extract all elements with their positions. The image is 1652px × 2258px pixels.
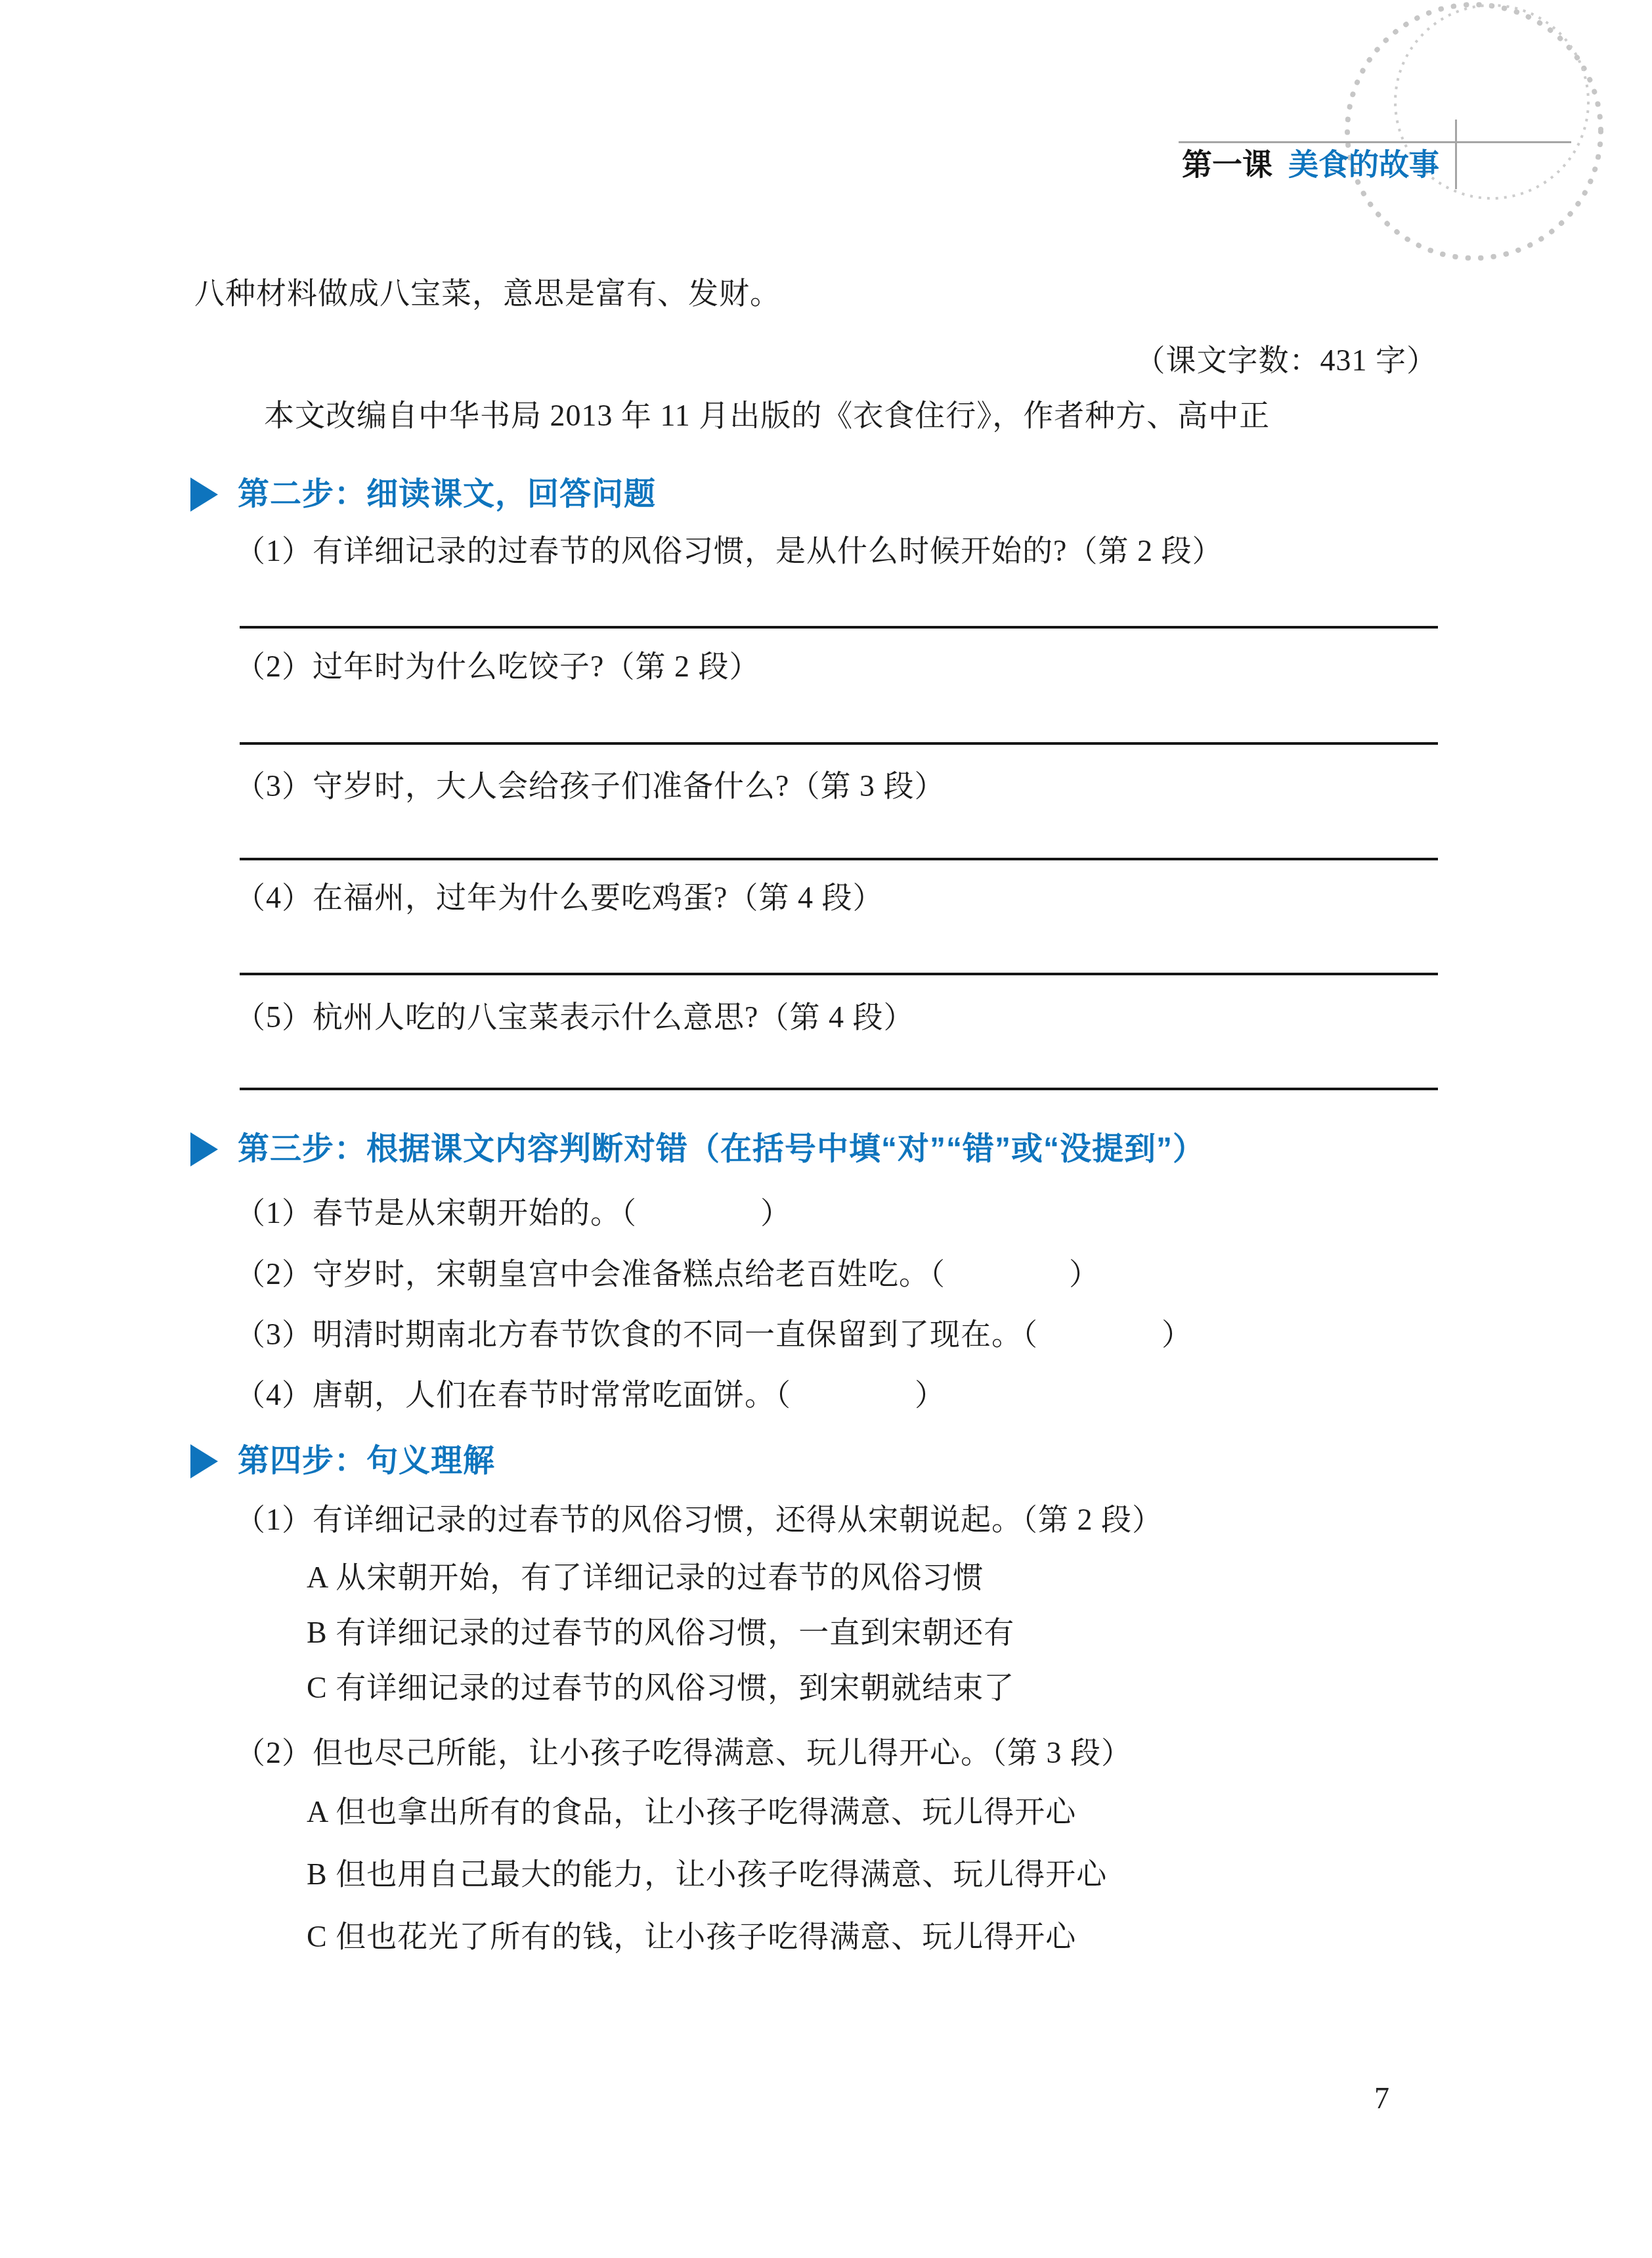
section-step4-header: 第四步：句义理解 [190, 1444, 495, 1478]
section-title: 第二步：细读课文，回答问题 [238, 479, 656, 510]
question-item: （5）杭州人吃的八宝菜表示什么意思?（第 4 段） [235, 1000, 914, 1035]
judge-item: （3）明清时期南北方春节饮食的不同一直保留到了现在。（ ） [235, 1317, 1192, 1352]
section-marker-triangle-icon [190, 1132, 218, 1166]
option-item: B 但也用自己最大的能力，让小孩子吃得满意、玩儿得开心 [307, 1857, 1107, 1892]
section-title: 第四步：句义理解 [238, 1446, 495, 1477]
answer-line [240, 626, 1438, 629]
option-item: B 有详细记录的过春节的风俗习惯，一直到宋朝还有 [307, 1615, 1014, 1650]
question-item: （4）在福州，过年为什么要吃鸡蛋?（第 4 段） [235, 880, 883, 916]
judge-item: （1）春节是从宋朝开始的。（ ） [235, 1195, 791, 1231]
section-marker-triangle-icon [190, 477, 218, 512]
textbook-page: 第一课 美食的故事 八种材料做成八宝菜，意思是富有、发财。 （课文字数：431 … [0, 0, 1652, 2258]
section-step3-header: 第三步：根据课文内容判断对错（在括号中填“对”“错”或“没提到”） [190, 1132, 1205, 1166]
lesson-title-label: 美食的故事 [1288, 149, 1439, 179]
question-item: （2）过年时为什么吃饺子?（第 2 段） [235, 649, 760, 684]
section-step2-header: 第二步：细读课文，回答问题 [190, 477, 656, 512]
page-number: 7 [1374, 2083, 1389, 2114]
running-head: 第一课 美食的故事 [1182, 149, 1439, 179]
comprehension-stem: （2）但也尽己所能，让小孩子吃得满意、玩儿得开心。（第 3 段） [235, 1735, 1132, 1771]
comprehension-stem: （1）有详细记录的过春节的风俗习惯，还得从宋朝说起。（第 2 段） [235, 1502, 1163, 1538]
question-item: （3）守岁时，大人会给孩子们准备什么?（第 3 段） [235, 768, 945, 804]
lesson-number-label: 第一课 [1182, 149, 1272, 179]
answer-line [240, 742, 1438, 745]
text-closing-line: 八种材料做成八宝菜，意思是富有、发财。 [194, 276, 781, 311]
judge-item: （4）唐朝，人们在春节时常常吃面饼。（ ） [235, 1377, 946, 1413]
option-item: C 有详细记录的过春节的风俗习惯，到宋朝就结束了 [307, 1670, 1014, 1706]
section-marker-triangle-icon [190, 1444, 218, 1478]
option-item: A 从宋朝开始，有了详细记录的过春节的风俗习惯 [307, 1560, 984, 1595]
source-note: 本文改编自中华书局 2013 年 11 月出版的《衣食住行》，作者种方、高中正 [264, 398, 1270, 433]
option-item: C 但也花光了所有的钱，让小孩子吃得满意、玩儿得开心 [307, 1919, 1076, 1955]
header-horizontal-rule [1179, 141, 1571, 143]
header-vertical-rule [1455, 120, 1457, 189]
option-item: A 但也拿出所有的食品，让小孩子吃得满意、玩儿得开心 [307, 1794, 1076, 1830]
question-item: （1）有详细记录的过春节的风俗习惯，是从什么时候开始的?（第 2 段） [235, 533, 1223, 569]
section-title: 第三步：根据课文内容判断对错（在括号中填“对”“错”或“没提到”） [238, 1134, 1205, 1165]
answer-line [240, 973, 1438, 975]
answer-line [240, 1088, 1438, 1090]
judge-item: （2）守岁时，宋朝皇宫中会准备糕点给老百姓吃。（ ） [235, 1256, 1100, 1292]
word-count-note: （课文字数：431 字） [1135, 343, 1438, 378]
answer-line [240, 858, 1438, 860]
